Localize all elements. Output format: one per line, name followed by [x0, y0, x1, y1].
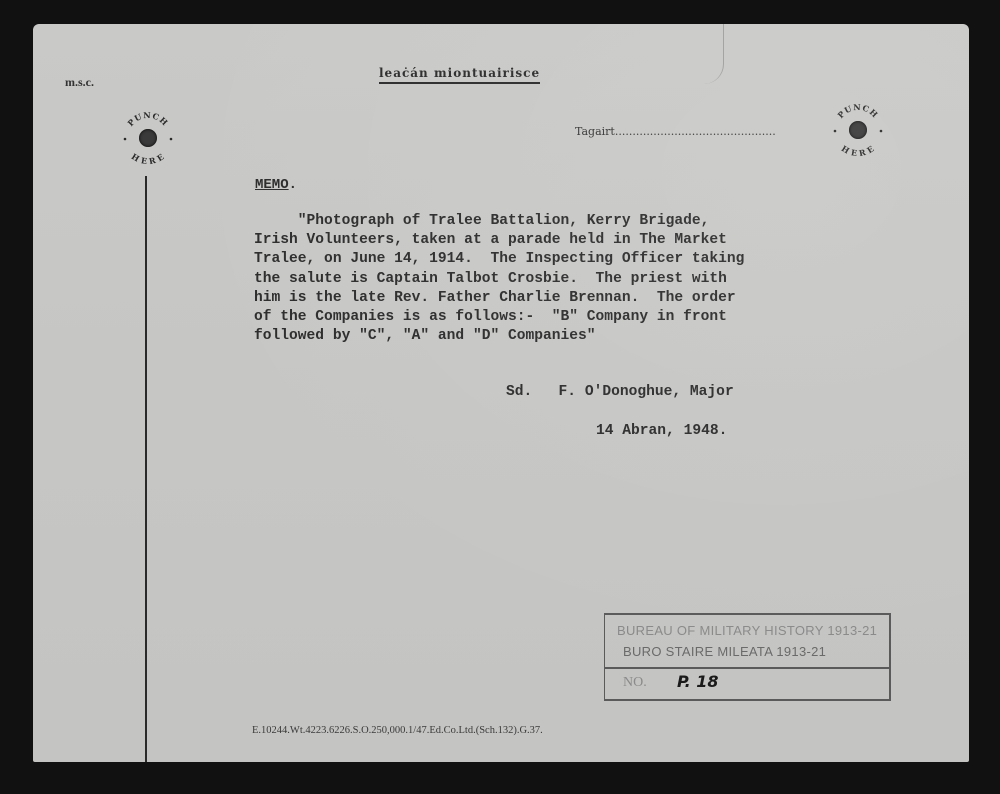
printer-code: E.10244.Wt.4223.6226.S.O.250,000.1/47.Ed…	[252, 725, 543, 736]
reference-label: Tagairt	[575, 125, 615, 138]
memo-body-line: Tralee, on June 14, 1914. The Inspecting…	[254, 250, 934, 269]
margin-rule	[145, 176, 147, 762]
svg-text:HERE: HERE	[840, 143, 877, 158]
stamp-divider	[605, 667, 889, 669]
punch-hole	[849, 121, 867, 139]
stamp-number-value: P. 18	[677, 672, 719, 691]
reference-field: Tagairt.................................…	[575, 125, 776, 138]
stamp-line-irish: BURO STAIRE MILEATA 1913-21	[623, 644, 826, 659]
memo-body-line: him is the late Rev. Father Charlie Bren…	[254, 289, 934, 308]
memo-body-line: followed by "C", "A" and "D" Companies"	[254, 327, 934, 346]
memo-sheet: m.s.c. leaċán miontuairisce PUNCH HERE T…	[33, 24, 969, 762]
memo-body-line: the salute is Captain Talbot Crosbie. Th…	[254, 270, 934, 289]
stamp-line-english: BUREAU OF MILITARY HISTORY 1913-21	[617, 623, 877, 638]
svg-text:HERE: HERE	[130, 151, 167, 166]
svg-text:PUNCH: PUNCH	[835, 102, 880, 120]
svg-text:PUNCH: PUNCH	[125, 110, 170, 128]
form-title: leaċán miontuairisce	[379, 66, 540, 84]
paper-fold-crease	[703, 24, 724, 84]
memo-heading: MEMO.	[255, 177, 297, 193]
memo-heading-punct: .	[289, 177, 297, 193]
memo-body-line: "Photograph of Tralee Battalion, Kerry B…	[254, 212, 934, 231]
signature-line: Sd. F. O'Donoghue, Major	[506, 384, 734, 400]
memo-body-line: Irish Volunteers, taken at a parade held…	[254, 231, 934, 250]
memo-body-line: of the Companies is as follows:- "B" Com…	[254, 308, 934, 327]
punch-here-mark-left: PUNCH HERE	[118, 108, 178, 168]
memo-date: 14 Abran, 1948.	[596, 423, 727, 439]
punch-here-mark-right: PUNCH HERE	[828, 100, 888, 160]
stamp-number-label: NO.	[623, 675, 647, 691]
punch-hole	[139, 129, 157, 147]
memo-body: "Photograph of Tralee Battalion, Kerry B…	[254, 212, 934, 346]
reference-dotted-line: ........................................…	[615, 125, 776, 138]
corner-code: m.s.c.	[65, 75, 94, 90]
memo-heading-text: MEMO	[255, 177, 289, 193]
archive-stamp: BUREAU OF MILITARY HISTORY 1913-21 BURO …	[604, 613, 891, 701]
